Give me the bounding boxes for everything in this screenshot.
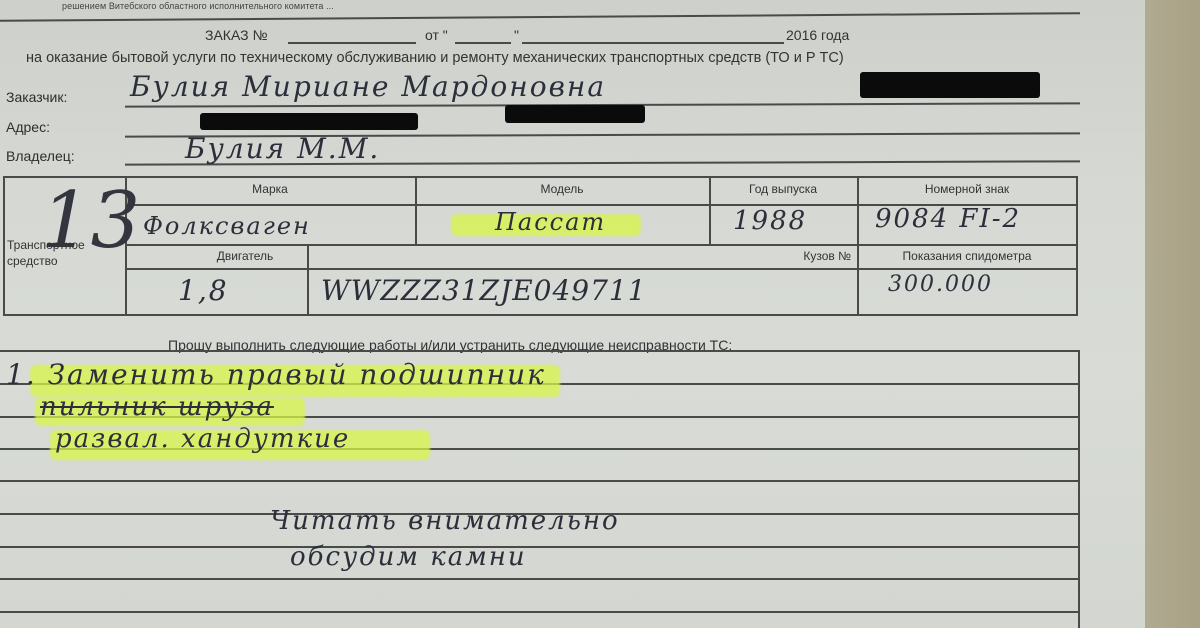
header-model: Модель <box>415 182 709 196</box>
work-line-1[interactable]: 1. Заменить правый подшипник <box>6 358 546 391</box>
header-body: Кузов № <box>307 249 857 263</box>
form-subtitle: на оказание бытовой услуги по техническо… <box>26 50 844 66</box>
customer-value[interactable]: Булия Мириане Мардоновна <box>130 70 606 103</box>
top-note: решением Витебского областного исполните… <box>62 1 334 11</box>
top-divider <box>0 12 1080 21</box>
vehicle-side-label-1: Транспортное <box>7 238 85 252</box>
vehicle-table: 13 Транспортное средство Марка Модель Го… <box>3 176 1078 316</box>
year-label: 2016 года <box>786 27 849 43</box>
value-model[interactable]: Пассат <box>495 208 606 236</box>
redaction-mark <box>860 72 1040 98</box>
note-line-2[interactable]: обсудим камни <box>290 542 527 572</box>
day-field[interactable] <box>455 42 511 44</box>
owner-label: Владелец: <box>6 148 75 164</box>
value-make[interactable]: Фолксваген <box>143 212 311 240</box>
month-field[interactable] <box>522 42 784 44</box>
value-body[interactable]: WWZZZ31ZJE049711 <box>321 274 647 307</box>
value-odometer[interactable]: 300.000 <box>888 272 993 297</box>
header-make: Марка <box>125 182 415 196</box>
work-line-3[interactable]: развал. хандуткие <box>55 424 350 454</box>
value-plate[interactable]: 9084 FI-2 <box>875 204 1021 234</box>
header-year: Год выпуска <box>709 182 857 196</box>
order-label: ЗАКАЗ № <box>205 27 268 43</box>
from-quote-close: " <box>514 27 519 43</box>
order-form-paper: решением Витебского областного исполните… <box>0 0 1145 628</box>
owner-value[interactable]: Булия М.М. <box>185 132 380 165</box>
work-line-2[interactable]: пильник шруза <box>40 392 274 422</box>
header-odometer: Показания спидометра <box>857 249 1077 263</box>
vehicle-side-label-2: средство <box>7 254 58 268</box>
order-number-field[interactable] <box>288 42 416 44</box>
value-year[interactable]: 1988 <box>733 206 807 236</box>
value-engine[interactable]: 1,8 <box>178 274 229 307</box>
header-plate: Номерной знак <box>857 182 1077 196</box>
customer-label: Заказчик: <box>6 89 67 105</box>
address-label: Адрес: <box>6 119 50 135</box>
from-label: от " <box>425 27 448 43</box>
note-line-1[interactable]: Читать внимательно <box>270 506 620 536</box>
redaction-mark <box>505 105 645 123</box>
redaction-mark <box>200 113 418 130</box>
